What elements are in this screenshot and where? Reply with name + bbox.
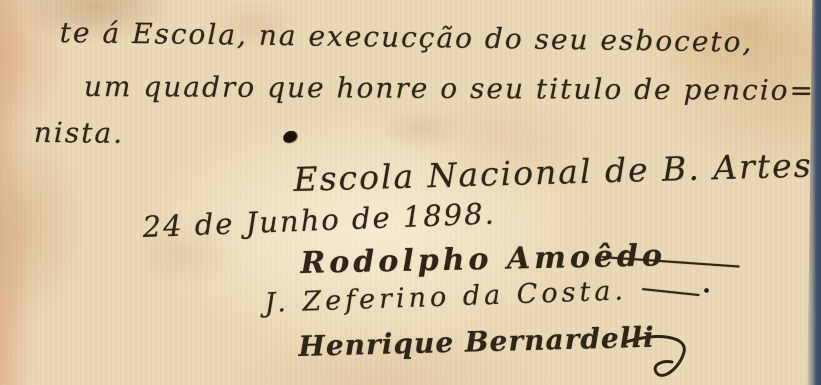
manuscript-line-3: nista. [34, 116, 124, 150]
signature-flourish-bernardelli [622, 328, 712, 384]
signature-flourish-costa [642, 288, 700, 296]
manuscript-line-2: um quadro que honre o seu titulo de penc… [84, 70, 815, 107]
date-line: 24 de Junho de 1898. [142, 196, 496, 244]
manuscript-line-1: te á Escola, na execucção do seu esbocet… [60, 16, 754, 59]
signature-zeferino-da-costa: J. Zeferino da Costa. [264, 275, 628, 319]
ink-blot [282, 129, 300, 144]
signature-rodolpho-amoedo: Rodolpho Amoêdo [300, 238, 666, 281]
page-edge-shadow [805, 0, 821, 385]
ink-speck [704, 288, 709, 293]
signature-henrique-bernardelli: Henrique Bernardelli [298, 321, 655, 363]
institution-line: Escola Nacional de B. Artes [293, 146, 813, 199]
manuscript-page: te á Escola, na execucção do seu esbocet… [0, 0, 821, 385]
